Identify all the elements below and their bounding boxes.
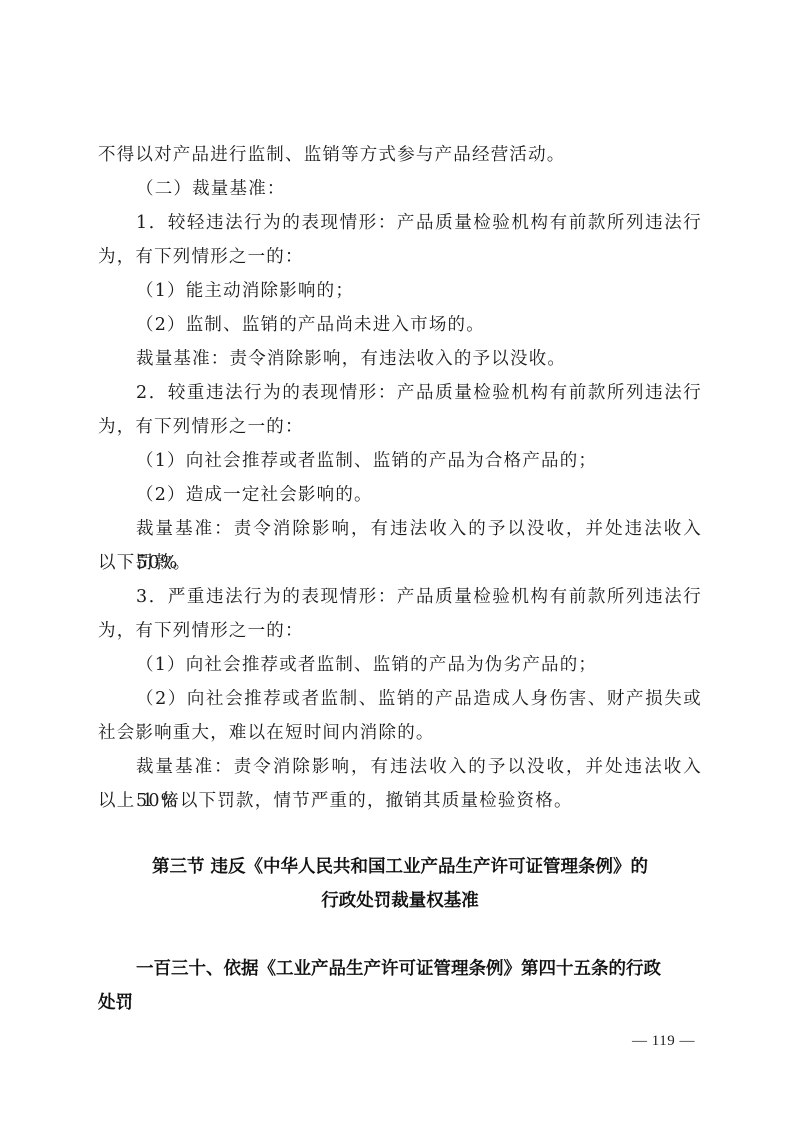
section-heading: 第三节 违反《中华人民共和国工业产品生产许可证管理条例》的 行政处罚裁量权基准 [98,850,702,918]
body-text: 不得以对产品进行监制、监销等方式参与产品经营活动。 （二）裁量基准： 1．较轻违… [98,138,702,818]
discretion-standard-moderate: 裁量基准：责令消除影响，有违法收入的予以没收，并处违法收入 50% [98,512,702,546]
section-heading-line-1: 第三节 违反《中华人民共和国工业产品生产许可证管理条例》的 [98,850,702,884]
subsection-heading-discretion-standard: （二）裁量基准： [98,172,702,206]
severe-violation-heading: 3．严重违法行为的表现情形：产品质量检验机构有前款所列违法行 [98,580,702,614]
discretion-standard-severe: 裁量基准：责令消除影响，有违法收入的予以没收，并处违法收入 50% [98,750,702,784]
list-item: （1）向社会推荐或者监制、监销的产品为合格产品的； [98,444,702,478]
paragraph-line: 为，有下列情形之一的： [98,614,702,648]
list-item: （1）向社会推荐或者监制、监销的产品为伪劣产品的； [98,648,702,682]
minor-violation-heading: 1．较轻违法行为的表现情形：产品质量检验机构有前款所列违法行 [98,206,702,240]
article-heading-line-2: 处罚 [98,986,702,1020]
paragraph-line: 不得以对产品进行监制、监销等方式参与产品经营活动。 [98,138,702,172]
discretion-standard-minor: 裁量基准：责令消除影响，有违法收入的予以没收。 [98,342,702,376]
page-number: — 119 — [632,1030,695,1052]
paragraph-line: 以上 1 倍以下罚款，情节严重的，撤销其质量检验资格。 [98,784,702,818]
list-item: （2）监制、监销的产品尚未进入市场的。 [98,308,702,342]
article-heading: 一百三十、依据《工业产品生产许可证管理条例》第四十五条的行政 处罚 [98,952,702,1020]
paragraph-line: 以下罚款。 [98,546,702,580]
list-item: （2）向社会推荐或者监制、监销的产品造成人身伤害、财产损失或 [98,682,702,716]
document-page: 不得以对产品进行监制、监销等方式参与产品经营活动。 （二）裁量基准： 1．较轻违… [0,0,793,1122]
paragraph-line: 为，有下列情形之一的： [98,410,702,444]
moderate-violation-heading: 2．较重违法行为的表现情形：产品质量检验机构有前款所列违法行 [98,376,702,410]
paragraph-line: 社会影响重大，难以在短时间内消除的。 [98,716,702,750]
paragraph-line: 为，有下列情形之一的： [98,240,702,274]
list-item: （1）能主动消除影响的； [98,274,702,308]
article-heading-line-1: 一百三十、依据《工业产品生产许可证管理条例》第四十五条的行政 [98,952,702,986]
section-heading-line-2: 行政处罚裁量权基准 [98,884,702,918]
list-item: （2）造成一定社会影响的。 [98,478,702,512]
